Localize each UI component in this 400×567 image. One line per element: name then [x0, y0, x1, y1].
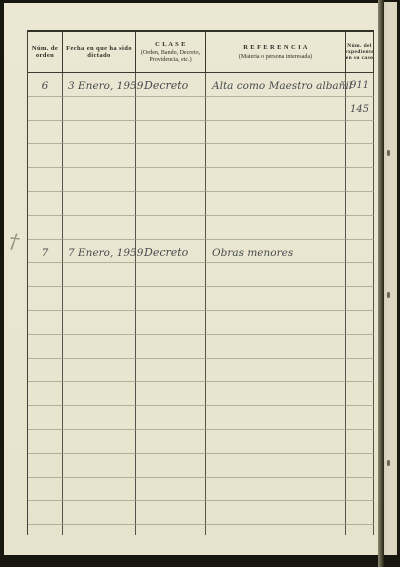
- table-cell: [206, 311, 346, 335]
- table-cell: [136, 454, 206, 478]
- table-cell: [28, 311, 63, 335]
- table-cell: 7 Enero, 1959: [63, 240, 136, 264]
- table-cell: [136, 382, 206, 406]
- table-cell: [346, 287, 374, 311]
- table-row: [28, 216, 374, 240]
- table-cell: [136, 478, 206, 502]
- table-body: 63 Enero, 1959DecretoAlta como Maestro a…: [28, 73, 374, 525]
- table-row: 145: [28, 97, 374, 121]
- table-cell: [28, 144, 63, 168]
- table-row: [28, 430, 374, 454]
- table-cell: [136, 121, 206, 145]
- table-cell: [346, 478, 374, 502]
- table-cell: [136, 430, 206, 454]
- table-cell: [63, 478, 136, 502]
- binding-stitch: [387, 150, 390, 156]
- table-row: [28, 382, 374, 406]
- table-cell: [136, 501, 206, 525]
- table-cell: [206, 501, 346, 525]
- table-cell: Decreto: [136, 240, 206, 264]
- table-row: 77 Enero, 1959DecretoObras menores: [28, 240, 374, 264]
- table-cell: [63, 287, 136, 311]
- header-fecha: Fecha en que ha sido dictado: [63, 32, 136, 72]
- table-cell: Alta como Maestro albañil: [206, 73, 346, 97]
- line-stub: [136, 525, 206, 535]
- table-cell: [136, 406, 206, 430]
- table-cell: 3 Enero, 1959: [63, 73, 136, 97]
- table-cell: [136, 335, 206, 359]
- table-cell: [346, 501, 374, 525]
- table-cell: [63, 335, 136, 359]
- table-row: [28, 192, 374, 216]
- table-cell: [136, 168, 206, 192]
- table-cell: [206, 168, 346, 192]
- header-fecha-title: Fecha en que ha sido dictado: [65, 45, 133, 60]
- table-row: [28, 454, 374, 478]
- header-clase: C L A S E (Orden, Bando, Decreto, Provid…: [136, 32, 206, 72]
- table-cell: [346, 454, 374, 478]
- table-cell: [136, 97, 206, 121]
- table-row: [28, 501, 374, 525]
- table-cell: [206, 216, 346, 240]
- table-cell: [206, 359, 346, 383]
- margin-cross-mark: †: [3, 226, 25, 256]
- header-num-expediente: Núm. del expediente en su caso: [346, 32, 374, 72]
- table-cell: Decreto: [136, 73, 206, 97]
- table-cell: [63, 192, 136, 216]
- table-cell: [28, 501, 63, 525]
- table-cell: [63, 501, 136, 525]
- line-stub: [63, 525, 136, 535]
- table-cell: [206, 406, 346, 430]
- table-cell: [63, 144, 136, 168]
- table-cell: [206, 97, 346, 121]
- table-cell: [206, 335, 346, 359]
- table-cell: [346, 168, 374, 192]
- table-cell: [28, 216, 63, 240]
- table-cell: [63, 263, 136, 287]
- header-referencia-subtitle: (Materia o persona interesada): [239, 54, 312, 61]
- table-cell: [346, 144, 374, 168]
- header-referencia: R E F E R E N C I A (Materia o persona i…: [206, 32, 346, 72]
- table-cell: [28, 97, 63, 121]
- table-cell: [63, 121, 136, 145]
- table-row: [28, 263, 374, 287]
- table-row: [28, 311, 374, 335]
- table-cell: [346, 359, 374, 383]
- table-row: 63 Enero, 1959DecretoAlta como Maestro a…: [28, 73, 374, 97]
- next-page-edge: [384, 2, 397, 555]
- table-row: [28, 406, 374, 430]
- table-cell: [206, 192, 346, 216]
- line-stub: [28, 525, 63, 535]
- table-header-row: Núm. de orden Fecha en que ha sido dicta…: [28, 32, 374, 73]
- table-cell: [206, 144, 346, 168]
- table-cell: [28, 287, 63, 311]
- header-referencia-title: R E F E R E N C I A: [243, 44, 308, 52]
- table-cell: [28, 192, 63, 216]
- table-cell: [63, 311, 136, 335]
- table-row: [28, 144, 374, 168]
- table-cell: [136, 192, 206, 216]
- table-cell: [346, 192, 374, 216]
- table-cell: [28, 359, 63, 383]
- header-num-orden-title: Núm. de orden: [30, 45, 60, 60]
- table-cell: [136, 359, 206, 383]
- table-cell: 145: [346, 97, 374, 121]
- table-cell: [346, 121, 374, 145]
- table-cell: [28, 406, 63, 430]
- table-cell: [346, 263, 374, 287]
- header-num-orden: Núm. de orden: [28, 32, 63, 72]
- table-cell: [206, 287, 346, 311]
- table-row: [28, 287, 374, 311]
- table-cell: [206, 121, 346, 145]
- table-cell: [63, 168, 136, 192]
- table-cell: [206, 454, 346, 478]
- table-cell: [28, 263, 63, 287]
- table-cell: [346, 382, 374, 406]
- line-stub: [206, 525, 346, 535]
- registry-table: Núm. de orden Fecha en que ha sido dicta…: [27, 30, 374, 535]
- table-cell: [136, 263, 206, 287]
- table-cell: [346, 240, 374, 264]
- table-cell: [63, 97, 136, 121]
- table-row: [28, 359, 374, 383]
- table-cell: [28, 454, 63, 478]
- table-cell: [28, 478, 63, 502]
- table-cell: [63, 382, 136, 406]
- table-cell: [63, 359, 136, 383]
- table-cell: [28, 382, 63, 406]
- table-cell: 7: [28, 240, 63, 264]
- table-cell: [346, 216, 374, 240]
- table-cell: [206, 263, 346, 287]
- table-cell: 6: [28, 73, 63, 97]
- table-cell: [206, 382, 346, 406]
- table-cell: [206, 478, 346, 502]
- table-cell: [346, 311, 374, 335]
- table-cell: [346, 406, 374, 430]
- table-cell: [28, 430, 63, 454]
- table-row: [28, 478, 374, 502]
- table-row: [28, 121, 374, 145]
- table-cell: [28, 121, 63, 145]
- table-row: [28, 335, 374, 359]
- header-clase-title: C L A S E: [155, 41, 186, 49]
- table-cell: [136, 144, 206, 168]
- table-cell: [136, 287, 206, 311]
- table-cell: [136, 311, 206, 335]
- ledger-page: † Núm. de orden Fecha en que ha sido dic…: [4, 3, 378, 555]
- header-clase-subtitle: (Orden, Bando, Decreto, Providencia, etc…: [138, 50, 203, 63]
- table-cell: [206, 430, 346, 454]
- header-num-expediente-title: Núm. del expediente en su caso: [345, 43, 374, 61]
- line-stub: [346, 525, 374, 535]
- table-cell: [63, 430, 136, 454]
- table-cell: [63, 216, 136, 240]
- table-bottom-line-stubs: [28, 525, 374, 535]
- table-cell: [346, 335, 374, 359]
- table-row: [28, 168, 374, 192]
- binding-stitch: [387, 460, 390, 466]
- table-cell: [136, 216, 206, 240]
- table-cell: [63, 406, 136, 430]
- table-cell: [63, 454, 136, 478]
- table-cell: [28, 335, 63, 359]
- binding-stitch: [387, 292, 390, 298]
- table-cell: 911: [346, 73, 374, 97]
- table-cell: Obras menores: [206, 240, 346, 264]
- table-cell: [346, 430, 374, 454]
- table-cell: [28, 168, 63, 192]
